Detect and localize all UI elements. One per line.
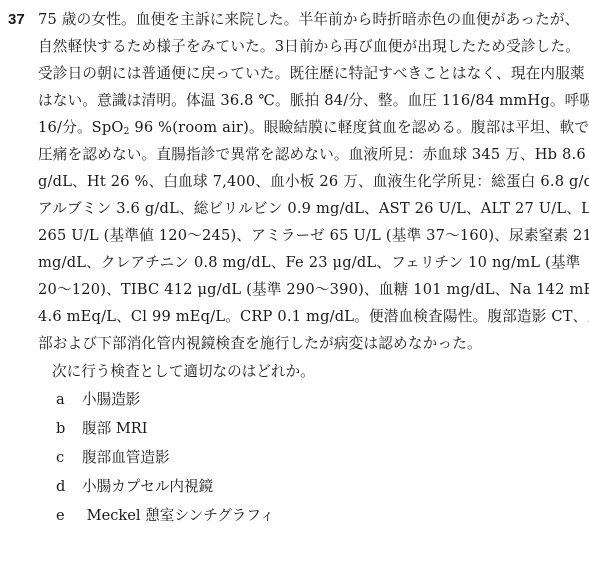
spo2-label: 16/分。SpO [38, 119, 124, 136]
choice-text: Meckel 憩室シンチグラフィ [82, 507, 274, 524]
choice-c[interactable]: c腹部血管造影 [56, 446, 170, 470]
choice-a[interactable]: a小腸造影 [56, 388, 140, 412]
case-text-line-4: はない。意識は清明。体温 36.8 ℃。脈拍 84/分、整。血圧 116/84 … [38, 89, 589, 113]
case-text-line-5: 16/分。SpO2 96 %(room air)。眼瞼結膜に軽度貧血を認める。腹… [38, 116, 589, 144]
choice-letter: b [56, 417, 82, 441]
choice-text: 小腸造影 [82, 391, 140, 408]
choice-b[interactable]: b腹部 MRI [56, 417, 148, 441]
case-text-line-2: 自然軽快するため様子をみていた。3日前から再び血便が出現したため受診した。 [38, 35, 580, 59]
choice-text: 小腸カプセル内視鏡 [82, 478, 213, 495]
choice-e[interactable]: e Meckel 憩室シンチグラフィ [56, 504, 274, 528]
case-text-line-6: 圧痛を認めない。直腸指診で異常を認めない。血液所見：赤血球 345 万、Hb 8… [38, 143, 586, 167]
choice-d[interactable]: d小腸カプセル内視鏡 [56, 475, 213, 499]
case-text-line-8: アルブミン 3.6 g/dL、総ビリルビン 0.9 mg/dL、AST 26 U… [38, 197, 589, 221]
question-number: 37 [8, 8, 25, 32]
choice-letter: a [56, 388, 82, 412]
case-text-line-7: g/dL、Ht 26 %、白血球 7,400、血小板 26 万、血液生化学所見：… [38, 170, 589, 194]
case-text-line-9: 265 U/L (基準値 120〜245)、アミラーゼ 65 U/L (基準 3… [38, 224, 589, 248]
choice-letter: e [56, 504, 82, 528]
case-text-line-1: 75 歳の女性。血便を主訴に来院した。半年前から時折暗赤色の血便があったが、 [38, 8, 579, 32]
choice-letter: c [56, 446, 82, 470]
spo2-rest: 96 %(room air)。眼瞼結膜に軽度貧血を認める。腹部は平坦、軟で、 [130, 119, 589, 136]
case-text-line-10: mg/dL、クレアチニン 0.8 mg/dL、Fe 23 μg/dL、フェリチン… [38, 251, 580, 275]
choice-text: 腹部 MRI [82, 420, 148, 437]
case-text-line-13: 部および下部消化管内視鏡検査を施行したが病変は認めなかった。 [38, 332, 482, 356]
question-stem: 次に行う検査として適切なのはどれか。 [52, 360, 315, 384]
choice-text: 腹部血管造影 [82, 449, 170, 466]
case-text-line-11: 20〜120)、TIBC 412 μg/dL (基準 290〜390)、血糖 1… [38, 278, 589, 302]
case-text-line-3: 受診日の朝には普通便に戻っていた。既往歴に特記すべきことはなく、現在内服薬 [38, 62, 585, 86]
case-text-line-12: 4.6 mEq/L、Cl 99 mEq/L。CRP 0.1 mg/dL。便潜血検… [38, 305, 589, 329]
choice-letter: d [56, 475, 82, 499]
